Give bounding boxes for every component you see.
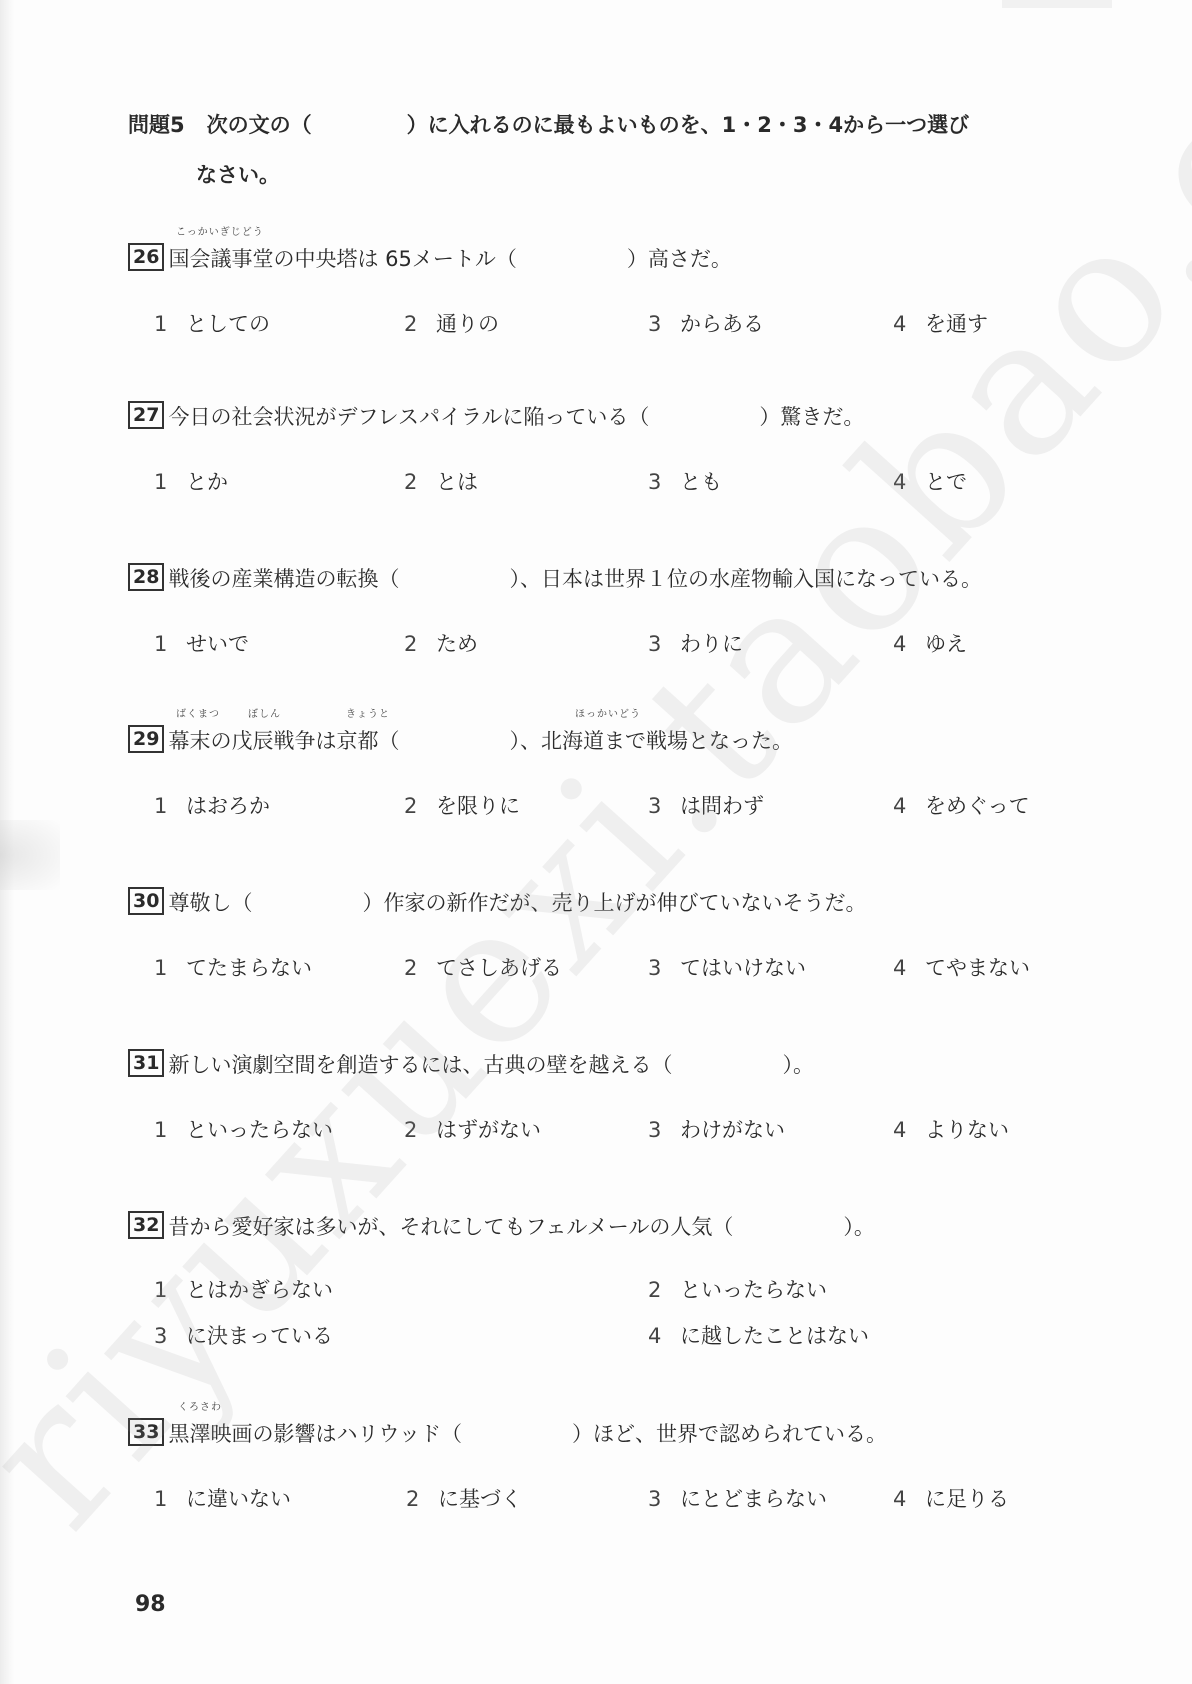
question-stem: くろさわ 33黒澤映画の影響はハリウッド（）ほど、世界で認められている。 — [128, 1415, 1128, 1451]
option-1[interactable]: 1とか — [154, 462, 228, 502]
furigana: きょうと — [346, 710, 390, 720]
option-4[interactable]: 4を通す — [893, 304, 988, 344]
option-1[interactable]: 1てたまらない — [154, 948, 312, 988]
option-2[interactable]: 2てさしあげる — [404, 948, 562, 988]
instruction-text-after: ）に入れるのに最もよいものを、1・2・3・4から一つ選び — [407, 113, 969, 137]
option-4[interactable]: 4に足りる — [893, 1479, 1009, 1519]
option-4[interactable]: 4に越したことはない — [648, 1316, 869, 1356]
stem-text-before: 昔から愛好家は多いが、それにしてもフェルメールの人気（ — [168, 1215, 733, 1239]
question-stem: 28戦後の産業構造の転換（）、日本は世界１位の水産物輸入国になっている。 — [128, 560, 1128, 596]
answer-options: 1に違いない 2に基づく 3にとどまらない 4に足りる — [128, 1479, 1128, 1519]
option-2[interactable]: 2といったらない — [648, 1270, 827, 1310]
stem-text-after: ）、日本は世界１位の水産物輸入国になっている。 — [509, 567, 982, 591]
option-2[interactable]: 2を限りに — [404, 786, 520, 826]
furigana: くろさわ — [178, 1403, 222, 1413]
stem-text-before: 今日の社会状況がデフレスパイラルに陥っている（ — [168, 405, 649, 429]
section-instruction: 問題5次の文の（）に入れるのに最もよいものを、1・2・3・4から一つ選び なさい… — [128, 100, 1128, 200]
furigana: ぼしん — [248, 710, 281, 720]
option-4[interactable]: 4てやまない — [893, 948, 1030, 988]
question-stem: こっかいぎじどう 26国会議事堂の中央塔は 65メートル（）高さだ。 — [128, 240, 1128, 276]
page-number: 98 — [135, 1592, 166, 1617]
question-30: 30尊敬し（）作家の新作だが、売り上げが伸びていないそうだ。 1てたまらない 2… — [128, 884, 1128, 988]
option-4[interactable]: 4とで — [893, 462, 967, 502]
instruction-line-2: なさい。 — [128, 150, 1128, 200]
option-2[interactable]: 2ため — [404, 624, 478, 664]
question-stem: 27今日の社会状況がデフレスパイラルに陥っている（）驚きだ。 — [128, 398, 1128, 434]
option-2[interactable]: 2とは — [404, 462, 478, 502]
stem-text-after: ）。 — [782, 1053, 814, 1077]
answer-options: 1といったらない 2はずがない 3わけがない 4よりない — [128, 1110, 1128, 1150]
furigana: ばくまつ — [176, 710, 220, 720]
option-2[interactable]: 2通りの — [404, 304, 499, 344]
answer-options: 1てたまらない 2てさしあげる 3てはいけない 4てやまない — [128, 948, 1128, 988]
question-number: 33 — [128, 1418, 164, 1446]
option-3[interactable]: 3わりに — [648, 624, 743, 664]
scan-smudge — [0, 820, 60, 890]
instruction-text-before: 次の文の（ — [207, 113, 312, 137]
furigana: ほっかいどう — [575, 710, 641, 720]
option-2[interactable]: 2はずがない — [404, 1110, 541, 1150]
question-stem: 30尊敬し（）作家の新作だが、売り上げが伸びていないそうだ。 — [128, 884, 1128, 920]
question-32: 32昔から愛好家は多いが、それにしてもフェルメールの人気（）。 1とはかぎらない… — [128, 1208, 1128, 1362]
stem-text-before: 黒澤映画の影響はハリウッド（ — [168, 1422, 462, 1446]
question-33: くろさわ 33黒澤映画の影響はハリウッド（）ほど、世界で認められている。 1に違… — [128, 1415, 1128, 1519]
answer-options: 1とはかぎらない 2といったらない 3に決まっている 4に越したことはない — [128, 1270, 1128, 1362]
stem-text-before: 新しい演劇空間を創造するには、古典の壁を越える（ — [168, 1053, 672, 1077]
option-1[interactable]: 1に違いない — [154, 1479, 291, 1519]
answer-options: 1はおろか 2を限りに 3は問わず 4をめぐって — [128, 786, 1128, 826]
question-27: 27今日の社会状況がデフレスパイラルに陥っている（）驚きだ。 1とか 2とは 3… — [128, 398, 1128, 502]
question-number: 26 — [128, 243, 164, 271]
option-1[interactable]: 1としての — [154, 304, 270, 344]
option-1[interactable]: 1はおろか — [154, 786, 270, 826]
answer-options: 1としての 2通りの 3からある 4を通す — [128, 304, 1128, 344]
option-1[interactable]: 1といったらない — [154, 1110, 333, 1150]
stem-text-after: ）。 — [843, 1215, 875, 1239]
question-number: 32 — [128, 1211, 164, 1239]
question-28: 28戦後の産業構造の転換（）、日本は世界１位の水産物輸入国になっている。 1せい… — [128, 560, 1128, 664]
option-4[interactable]: 4をめぐって — [893, 786, 1030, 826]
option-3[interactable]: 3わけがない — [648, 1110, 785, 1150]
option-3[interactable]: 3からある — [648, 304, 764, 344]
question-number: 30 — [128, 887, 164, 915]
question-number: 29 — [128, 725, 164, 753]
furigana: こっかいぎじどう — [176, 228, 264, 238]
instruction-line-1: 問題5次の文の（）に入れるのに最もよいものを、1・2・3・4から一つ選び — [128, 100, 1128, 150]
option-3[interactable]: 3とも — [648, 462, 722, 502]
stem-text-after: ）、北海道まで戦場となった。 — [509, 729, 793, 753]
option-3[interactable]: 3てはいけない — [648, 948, 806, 988]
option-3[interactable]: 3にとどまらない — [648, 1479, 827, 1519]
question-stem: 31新しい演劇空間を創造するには、古典の壁を越える（）。 — [128, 1046, 1128, 1082]
stem-text-before: 国会議事堂の中央塔は 65メートル（ — [168, 247, 516, 271]
question-31: 31新しい演劇空間を創造するには、古典の壁を越える（）。 1といったらない 2は… — [128, 1046, 1128, 1150]
answer-options: 1とか 2とは 3とも 4とで — [128, 462, 1128, 502]
option-2[interactable]: 2に基づく — [406, 1479, 522, 1519]
stem-text-after: ）作家の新作だが、売り上げが伸びていないそうだ。 — [362, 891, 866, 915]
stem-text-before: 幕末の戊辰戦争は京都（ — [168, 729, 399, 753]
question-stem: ばくまつ ぼしん きょうと ほっかいどう 29幕末の戊辰戦争は京都（）、北海道ま… — [128, 722, 1128, 758]
question-number: 27 — [128, 401, 164, 429]
option-3[interactable]: 3は問わず — [648, 786, 764, 826]
stem-text-after: ）驚きだ。 — [759, 405, 864, 429]
stem-text-before: 戦後の産業構造の転換（ — [168, 567, 399, 591]
question-29: ばくまつ ぼしん きょうと ほっかいどう 29幕末の戊辰戦争は京都（）、北海道ま… — [128, 722, 1128, 826]
option-4[interactable]: 4よりない — [893, 1110, 1009, 1150]
stem-text-after: ）ほど、世界で認められている。 — [572, 1422, 887, 1446]
option-1[interactable]: 1せいで — [154, 624, 249, 664]
question-number: 28 — [128, 563, 164, 591]
question-26: こっかいぎじどう 26国会議事堂の中央塔は 65メートル（）高さだ。 1としての… — [128, 240, 1128, 344]
option-3[interactable]: 3に決まっている — [154, 1316, 333, 1356]
page-tab-mark — [1002, 0, 1112, 8]
stem-text-after: ）高さだ。 — [627, 247, 732, 271]
option-1[interactable]: 1とはかぎらない — [154, 1270, 333, 1310]
question-stem: 32昔から愛好家は多いが、それにしてもフェルメールの人気（）。 — [128, 1208, 1128, 1244]
option-4[interactable]: 4ゆえ — [893, 624, 967, 664]
stem-text-before: 尊敬し（ — [168, 891, 252, 915]
section-label: 問題5 — [128, 113, 185, 137]
answer-options: 1せいで 2ため 3わりに 4ゆえ — [128, 624, 1128, 664]
question-number: 31 — [128, 1049, 164, 1077]
